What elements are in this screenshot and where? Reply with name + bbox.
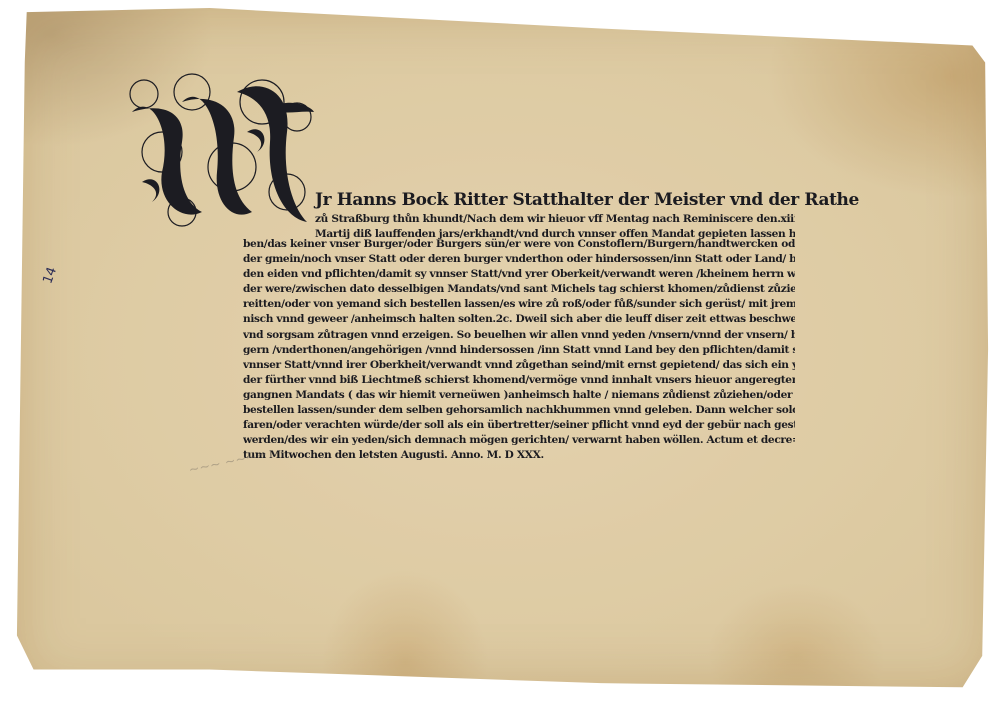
text-line: den eiden vnd pflichten/damit sy vnnser … — [243, 267, 795, 282]
body-lines: ben/das keiner vnser Burger/oder Burgers… — [243, 237, 795, 463]
text-line-final: tum Mitwochen den letsten Augusti. Anno.… — [243, 448, 795, 463]
text-line: der fürther vnnd biß Liechtmeß schierst … — [243, 373, 795, 388]
text-line: ben/das keiner vnser Burger/oder Burgers… — [243, 237, 795, 252]
text-line: gangnen Mandats ( das wir hiemit verneüw… — [243, 388, 795, 403]
text-line: der were/zwischen dato desselbigen Manda… — [243, 282, 795, 297]
heading-line: Jr Hanns Bock Ritter Statthalter der Mei… — [315, 190, 795, 210]
flourish-ornament-icon — [122, 72, 317, 232]
text-line: nisch vnnd geweer /anheimsch halten solt… — [243, 312, 795, 327]
decorative-initial-w — [122, 72, 317, 232]
text-line: reitten/oder von yemand sich bestellen l… — [243, 297, 795, 312]
text-line: bestellen lassen/sunder dem selben gehor… — [243, 403, 795, 418]
text-line: faren/oder verachten würde/der soll als … — [243, 418, 795, 433]
text-line: der gmein/noch vnser Statt oder deren bu… — [243, 252, 795, 267]
text-line: vnnser Statt/vnnd irer Oberkheit/verwand… — [243, 358, 795, 373]
text-line: werden/des wir ein yeden/sich demnach mö… — [243, 433, 795, 448]
text-line: vnd sorgsam zůtragen vnnd erzeigen. So b… — [243, 328, 795, 343]
text-line: gern /vnderthonen/angehörigen /vnnd hind… — [243, 343, 795, 358]
text-line: zů Straßburg thůn khundt/Nach dem wir hi… — [315, 212, 795, 227]
